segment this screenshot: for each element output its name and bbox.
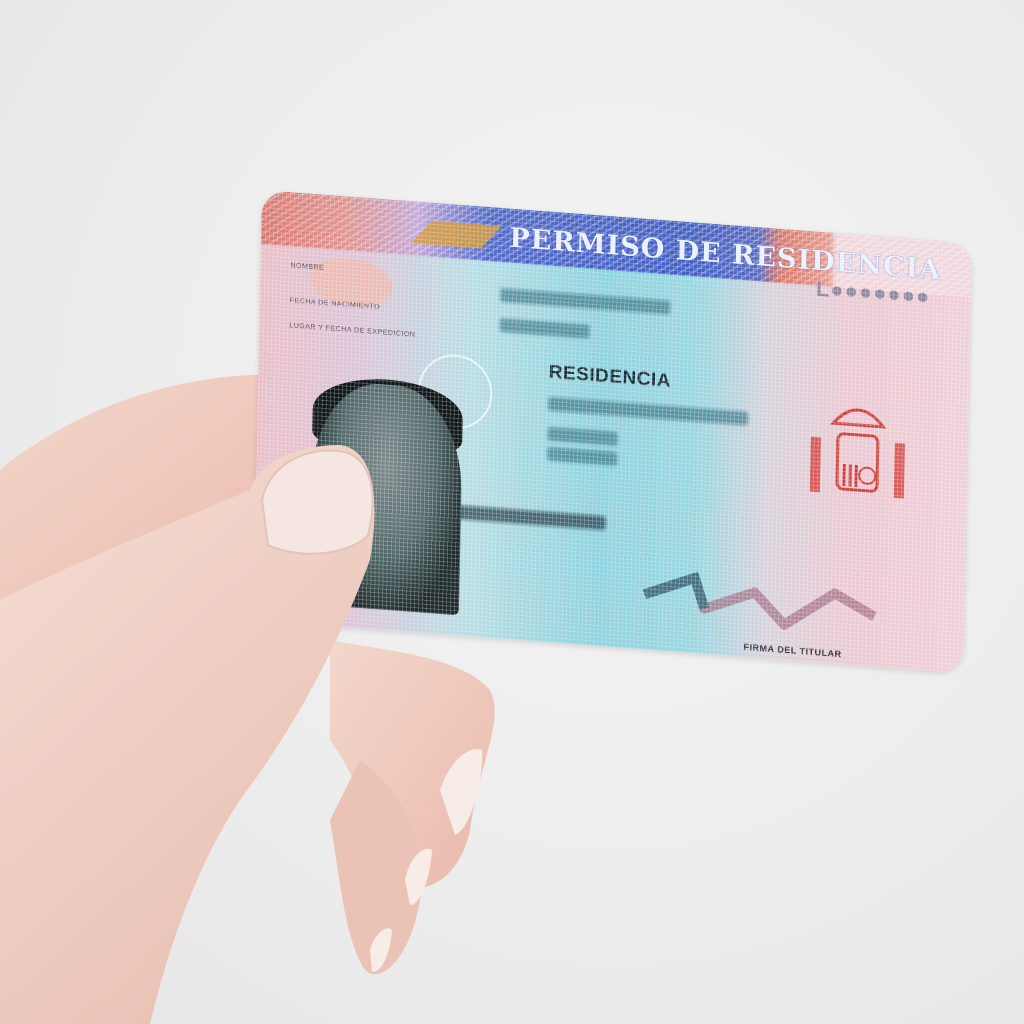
hand-front bbox=[0, 0, 1024, 1024]
